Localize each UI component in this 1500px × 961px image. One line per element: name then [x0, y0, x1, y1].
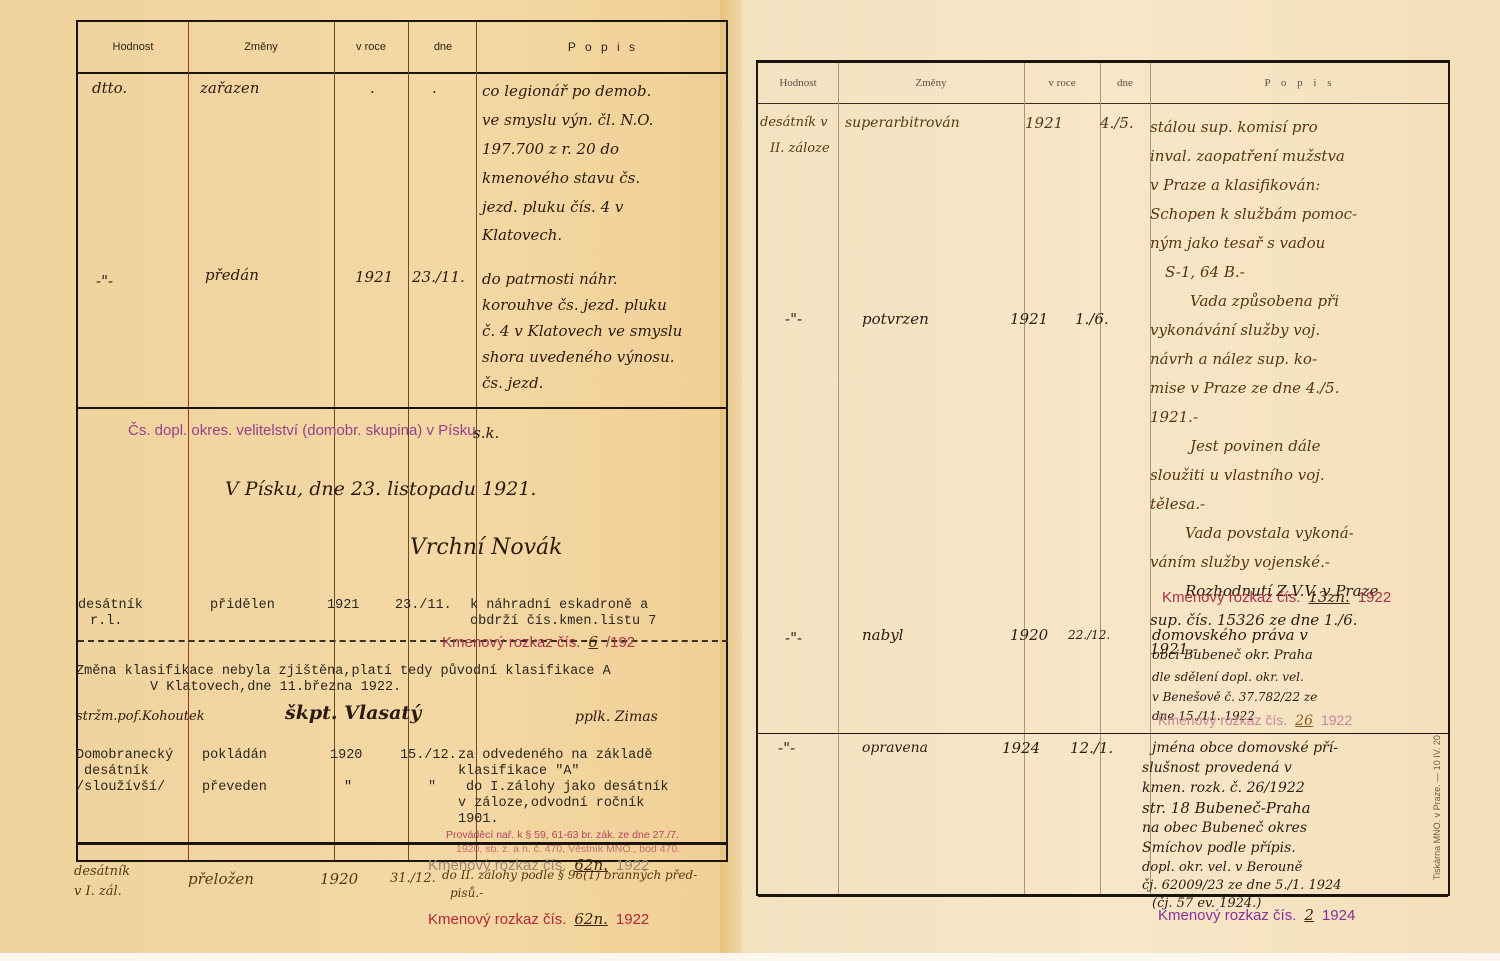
typed-entry-zmeny: přidělen [210, 598, 275, 614]
header-hodnost: Hodnost [758, 63, 838, 103]
right-entry-3-hodnost: -"- [785, 625, 802, 651]
entry-1-dne: . [432, 75, 437, 101]
right-entry-4-zmeny: opravena [862, 735, 928, 761]
section-divider [78, 407, 726, 409]
order-stamp-6: Kmenový rozkaz čís.6/192 [442, 633, 635, 651]
right-entry-2-v-roce: 1921 [1010, 306, 1048, 332]
right-entry-1-v-roce: 1921 [1025, 110, 1063, 136]
signature-zimas: pplk. Zimas [575, 704, 658, 730]
order-stamp-26: Kmenový rozkaz čís.261922 [1158, 712, 1352, 729]
bottom-entry-v-roce: 1920 [320, 866, 358, 892]
entry-1-v-roce: . [370, 75, 375, 101]
header-zmeny: Změny [188, 22, 334, 72]
place-date: V Písku, dne 23. listopadu 1921. [225, 476, 536, 502]
right-record-table: Hodnost Změny v roce dne P o p i s [756, 60, 1450, 896]
typed-entry-dne: 23./11. [395, 598, 452, 614]
office-stamp: Čs. dopl. okres. velitelství (domobr. sk… [128, 422, 480, 439]
entry-2-dne: 23./11. [412, 264, 465, 290]
bottom-entry-zmeny: přeložen [188, 866, 254, 892]
typed-entry-2-hodnost: Domobraneckýdesátník/sloužívší/ [76, 748, 173, 796]
header-dne: dne [1100, 63, 1150, 103]
classification-note: Změna klasifikace nebyla zjištěna,platí … [76, 664, 611, 696]
header-zmeny: Změny [838, 63, 1024, 103]
column-divider [408, 22, 409, 860]
right-entry-3-v-roce: 1920 [1010, 622, 1048, 648]
header-popis: P o p i s [478, 22, 728, 72]
order-stamp-2: Kmenový rozkaz čís.21924 [1158, 906, 1355, 924]
right-entry-2-zmeny: potvrzen [862, 306, 929, 332]
order-stamp-62: Kmenový rozkaz čís.62n.1922 [428, 910, 649, 928]
header-dne: dne [408, 22, 478, 72]
column-divider [1100, 63, 1101, 894]
signature-vlasaty: škpt. Vlasatý [285, 700, 421, 726]
typed-entry-2-zmeny: pokládánpřeveden [202, 748, 267, 796]
right-entry-4-v-roce: 1924 [1002, 735, 1040, 761]
order-stamp-13: Kmenový rozkaz čís.13zn.1922 [1162, 588, 1391, 606]
right-entry-4-dne: 12./1. [1070, 735, 1113, 761]
column-divider [188, 22, 189, 860]
left-table-header: Hodnost Změny v roce dne P o p i s [78, 22, 726, 74]
office-stamp-suffix: s.k. [473, 420, 499, 446]
right-table-header: Hodnost Změny v roce dne P o p i s [758, 63, 1448, 104]
right-entry-4-hodnost: -"- [778, 735, 795, 761]
right-entry-2-dne: 1./6. [1075, 306, 1109, 332]
left-record-table: Hodnost Změny v roce dne P o p i s [76, 20, 728, 862]
typed-entry-2-v-roce: 1920" [330, 748, 362, 796]
printer-margin-text: Tiskárna MNO. v Praze. — 10 IV. 20 [1432, 560, 1442, 880]
typed-entry-2-dne: 15./12." [400, 748, 457, 796]
header-v-roce: v roce [334, 22, 408, 72]
bottom-entry-dne: 31./12. [390, 866, 436, 892]
column-divider [838, 63, 839, 894]
entry-2-hodnost: -"- [96, 268, 113, 294]
bottom-entry-hodnost: desátníkv I. zál. [74, 862, 130, 902]
header-v-roce: v roce [1024, 63, 1100, 103]
regulation-stamp: Prováděcí nař. k § 59, 61-63 br. zák. ze… [446, 828, 680, 856]
section-divider [758, 895, 1448, 897]
typed-entry-popis: k náhradní eskadroně aobdrží čís.kmen.li… [470, 598, 656, 630]
column-divider [334, 22, 335, 860]
scan-edge [0, 953, 1500, 961]
signature-kohoutek: stržm.pof.Kohoutek [76, 704, 205, 730]
column-divider [1024, 63, 1025, 894]
typed-entry-2-popis: za odvedeného na základěklasifikace "A"d… [458, 748, 669, 828]
signature-commander: Vrchní Novák [410, 535, 562, 561]
entry-1-hodnost: dtto. [92, 75, 127, 101]
right-entry-2-hodnost: -"- [785, 306, 802, 332]
typed-entry-v-roce: 1921 [327, 598, 359, 614]
right-entry-1-hodnost: desátník vII. záloze [760, 110, 830, 162]
right-entry-1-zmeny: superarbitrován [845, 110, 960, 136]
header-hodnost: Hodnost [78, 22, 188, 72]
right-entry-3-zmeny: nabyl [862, 622, 903, 648]
right-entry-1-dne: 4./5. [1100, 110, 1134, 136]
header-popis: P o p i s [1150, 63, 1450, 103]
entry-2-zmeny: předán [205, 262, 259, 288]
entry-1-zmeny: zařazen [200, 75, 259, 101]
right-entry-3-dne: 22./12. [1068, 622, 1110, 648]
section-divider [758, 733, 1448, 734]
typed-entry-hodnost: desátníkr.l. [78, 598, 143, 630]
bottom-entry-popis: do II. zálohy podle § 96(1) branných pře… [442, 866, 697, 902]
entry-2-v-roce: 1921 [355, 264, 393, 290]
